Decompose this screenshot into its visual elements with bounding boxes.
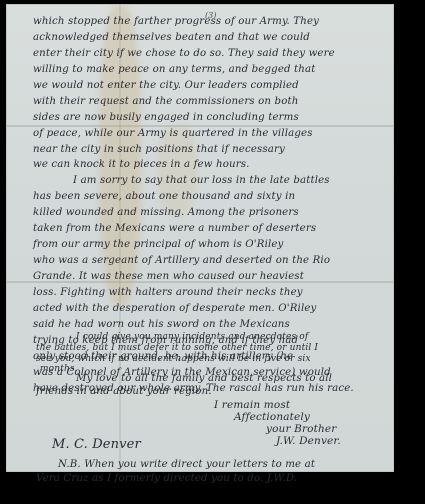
letter-line: acknowledged themselves beaten and that … [33,32,310,43]
postscript-line: N.B. When you write direct your letters … [58,459,315,470]
letter-line: months. [40,364,78,374]
letter-line: enter their city if we chose to do so. T… [33,48,335,59]
postscript-line: Vera Cruz as I formerly directed you to … [36,473,297,484]
letter-line: from our army the principal of whom is O… [33,239,283,250]
letter-line: which stopped the farther progress of ou… [33,16,319,27]
letter-line: acted with the desperation of desperate … [33,303,316,314]
letter-line: sides are now busily engaged in concludi… [33,112,299,123]
letter-line: killed wounded and missing. Among the pr… [33,207,299,218]
letter-line: of peace, while our Army is quartered in… [33,128,313,139]
closing-line: Affectionately [234,411,310,423]
letter-line: the battles, but I must defer it to some… [36,343,318,353]
letter-line: with their request and the commissioners… [33,96,298,107]
letter-line: has been severe, about one thousand and … [33,191,295,202]
letter-line: said he had worn out his sword on the Me… [33,319,290,330]
letter-line: we would not enter the city. Our leaders… [33,80,299,91]
letter-line: Grande. It was these men who caused our … [33,271,304,282]
letter-line: near the city in such positions that if … [33,144,285,155]
letter-line: My love to all the family and best respe… [76,373,332,384]
addressee: M. C. Denver [52,437,141,452]
letter-line: we can knock it to pieces in a few hours… [33,159,250,170]
letter-line: willing to make peace on any terms, and … [33,64,315,75]
letter-line: I am sorry to say that our loss in the l… [73,175,330,186]
letter-line: who was a sergeant of Artillery and dese… [33,255,330,266]
letter-page: (3) which stopped the farther progress o… [7,5,393,471]
closing-line: I remain most [214,399,290,411]
letter-line: see you, which if no accident happens wi… [36,354,311,364]
fold-crease-horizontal [7,125,393,127]
closing-line: your Brother [266,423,336,435]
letter-line: taken from the Mexicans were a number of… [33,223,316,234]
signature: J.W. Denver. [276,435,341,447]
letter-line: friends in and about your region. [36,386,212,397]
letter-line: loss. Fighting with halters around their… [33,287,303,298]
letter-line: I could give you many incidents and anec… [76,332,308,342]
